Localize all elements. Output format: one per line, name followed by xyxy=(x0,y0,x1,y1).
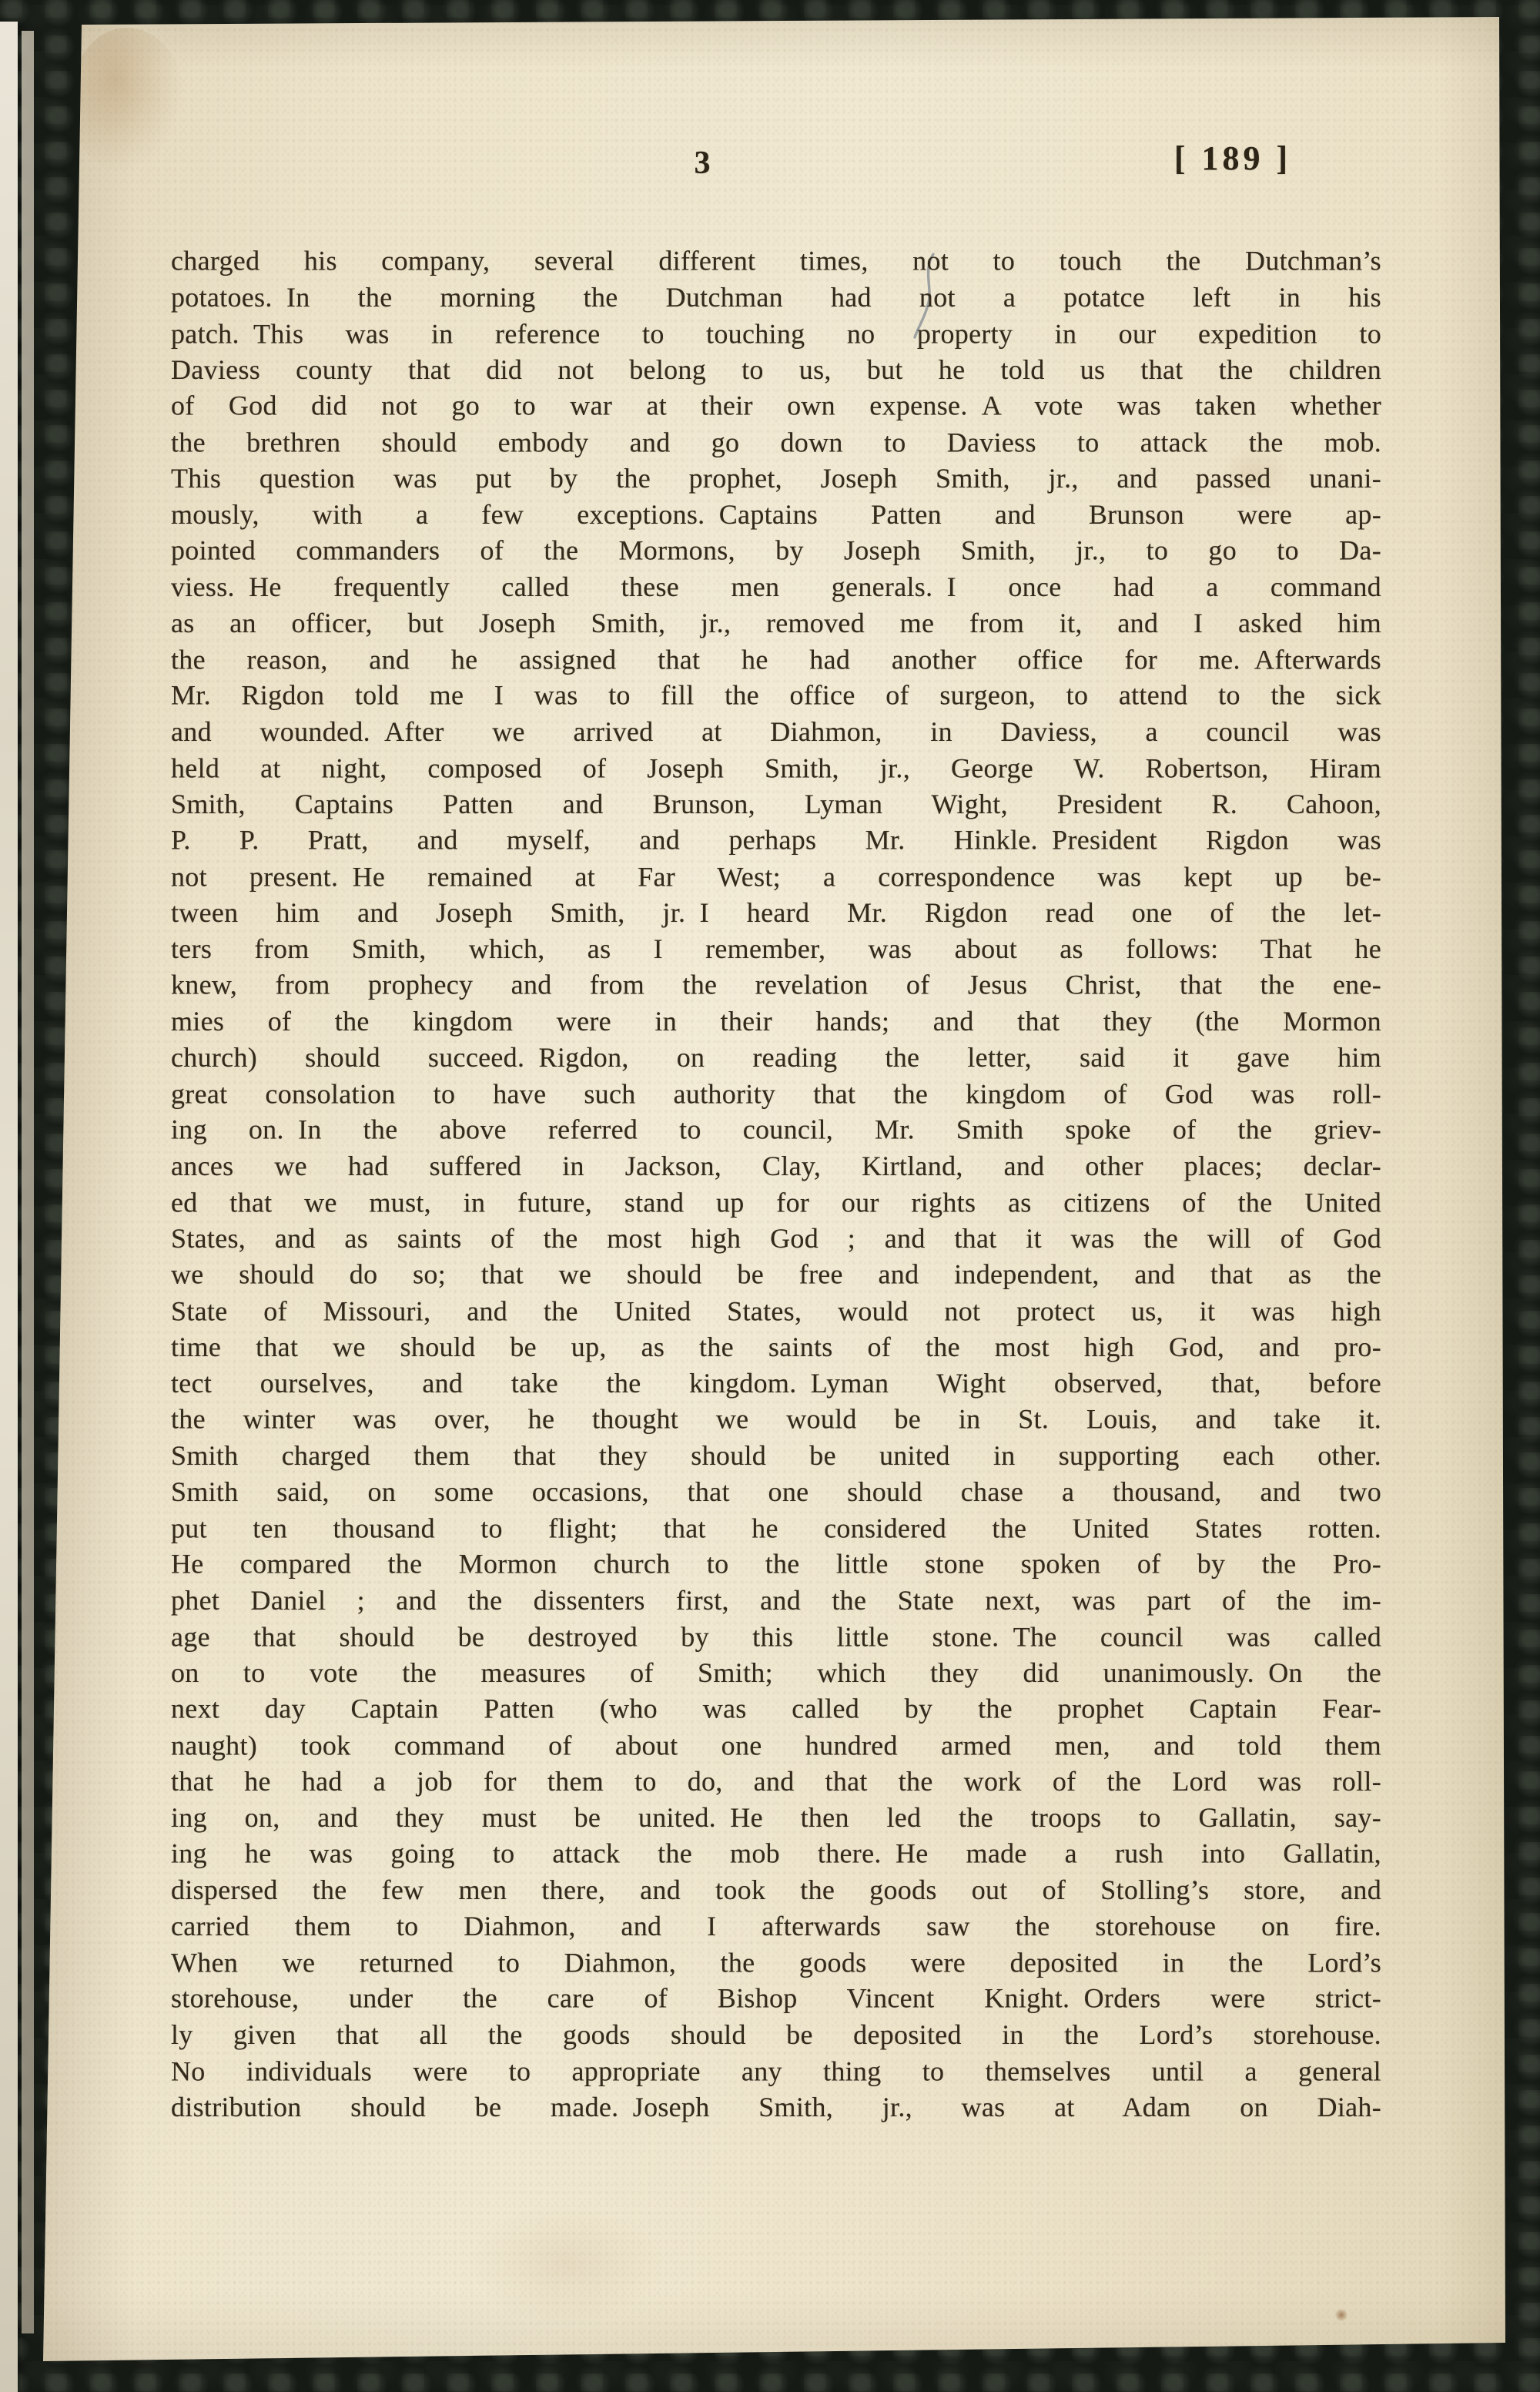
text-line: age that should be destroyed by this lit… xyxy=(171,1620,1381,1656)
text-line: and wounded. After we arrived at Diahmon… xyxy=(171,714,1381,750)
text-line: ing on. In the above referred to council… xyxy=(171,1112,1381,1148)
text-line: When we returned to Diahmon, the goods w… xyxy=(171,1945,1381,1982)
paper-stain xyxy=(69,28,185,174)
text-line: of God did not go to war at their own ex… xyxy=(171,388,1381,424)
text-line: viess. He frequently called these men ge… xyxy=(171,569,1381,605)
book-background: 3 [ 189 ] charged his company, several d… xyxy=(0,0,1540,2392)
text-line: next day Captain Patten (who was called … xyxy=(171,1691,1381,1727)
text-line: ing on, and they must be united. He then… xyxy=(171,1800,1381,1836)
text-line: the winter was over, he thought we would… xyxy=(171,1402,1381,1438)
text-line: distribution should be made. Joseph Smit… xyxy=(171,2089,1381,2126)
paper-speck xyxy=(1335,2309,1347,2321)
text-line: time that we should be up, as the saints… xyxy=(171,1329,1381,1365)
text-line: Smith charged them that they should be u… xyxy=(171,1438,1381,1474)
text-line: ing he was going to attack the mob there… xyxy=(171,1836,1381,1872)
text-line: ed that we must, in future, stand up for… xyxy=(171,1185,1381,1221)
text-line: carried them to Diahmon, and I afterward… xyxy=(171,1908,1381,1945)
paper-stain xyxy=(467,2203,667,2326)
text-line: Daviess county that did not belong to us… xyxy=(171,352,1381,388)
page-edge-strip xyxy=(0,22,18,2392)
text-line: mies of the kingdom were in their hands;… xyxy=(171,1003,1381,1040)
text-line: dispersed the few men there, and took th… xyxy=(171,1872,1381,1908)
text-line: great consolation to have such authority… xyxy=(171,1077,1381,1113)
text-line: ances we had suffered in Jackson, Clay, … xyxy=(171,1148,1381,1184)
text-line: church) should succeed. Rigdon, on readi… xyxy=(171,1040,1381,1076)
text-line: not present. He remained at Far West; a … xyxy=(171,859,1381,896)
text-line: phet Daniel ; and the dissenters first, … xyxy=(171,1583,1381,1619)
text-line: held at night, composed of Joseph Smith,… xyxy=(171,751,1381,787)
page-edge-strip-inner xyxy=(22,31,34,2333)
text-line: knew, from prophecy and from the revelat… xyxy=(171,967,1381,1003)
text-line: ly given that all the goods should be de… xyxy=(171,2017,1381,2053)
text-line: P. P. Pratt, and myself, and perhaps Mr.… xyxy=(171,822,1381,859)
text-line: State of Missouri, and the United States… xyxy=(171,1294,1381,1330)
page-number: 3 xyxy=(679,145,725,182)
page-body: charged his company, several different t… xyxy=(171,243,1381,2126)
folio-number: [ 189 ] xyxy=(1144,139,1321,178)
text-line: pointed commanders of the Mormons, by Jo… xyxy=(171,533,1381,569)
text-line: the brethren should embody and go down t… xyxy=(171,425,1381,461)
text-line: that he had a job for them to do, and th… xyxy=(171,1764,1381,1800)
text-line: He compared the Mormon church to the lit… xyxy=(171,1546,1381,1583)
text-line: States, and as saints of the most high G… xyxy=(171,1221,1381,1257)
text-line: Mr. Rigdon told me I was to fill the off… xyxy=(171,678,1381,714)
text-line: Smith, Captains Patten and Brunson, Lyma… xyxy=(171,786,1381,822)
scanned-page: 3 [ 189 ] charged his company, several d… xyxy=(35,15,1508,2361)
text-line: This question was put by the prophet, Jo… xyxy=(171,461,1381,497)
text-line: charged his company, several different t… xyxy=(171,243,1381,280)
text-line: we should do so; that we should be free … xyxy=(171,1257,1381,1293)
text-line: potatoes. In the morning the Dutchman ha… xyxy=(171,280,1381,316)
text-line: patch. This was in reference to touching… xyxy=(171,317,1381,353)
text-line: mously, with a few exceptions. Captains … xyxy=(171,497,1381,533)
text-line: tween him and Joseph Smith, jr. I heard … xyxy=(171,895,1381,931)
text-line: the reason, and he assigned that he had … xyxy=(171,642,1381,678)
text-line: ters from Smith, which, as I remember, w… xyxy=(171,931,1381,967)
text-line: Smith said, on some occasions, that one … xyxy=(171,1474,1381,1510)
text-line: as an officer, but Joseph Smith, jr., re… xyxy=(171,605,1381,642)
text-line: put ten thousand to flight; that he cons… xyxy=(171,1511,1381,1547)
text-line: tect ourselves, and take the kingdom. Ly… xyxy=(171,1365,1381,1402)
text-line: on to vote the measures of Smith; which … xyxy=(171,1655,1381,1691)
text-line: No individuals were to appropriate any t… xyxy=(171,2054,1381,2090)
text-line: storehouse, under the care of Bishop Vin… xyxy=(171,1981,1381,2017)
text-line: naught) took command of about one hundre… xyxy=(171,1728,1381,1764)
